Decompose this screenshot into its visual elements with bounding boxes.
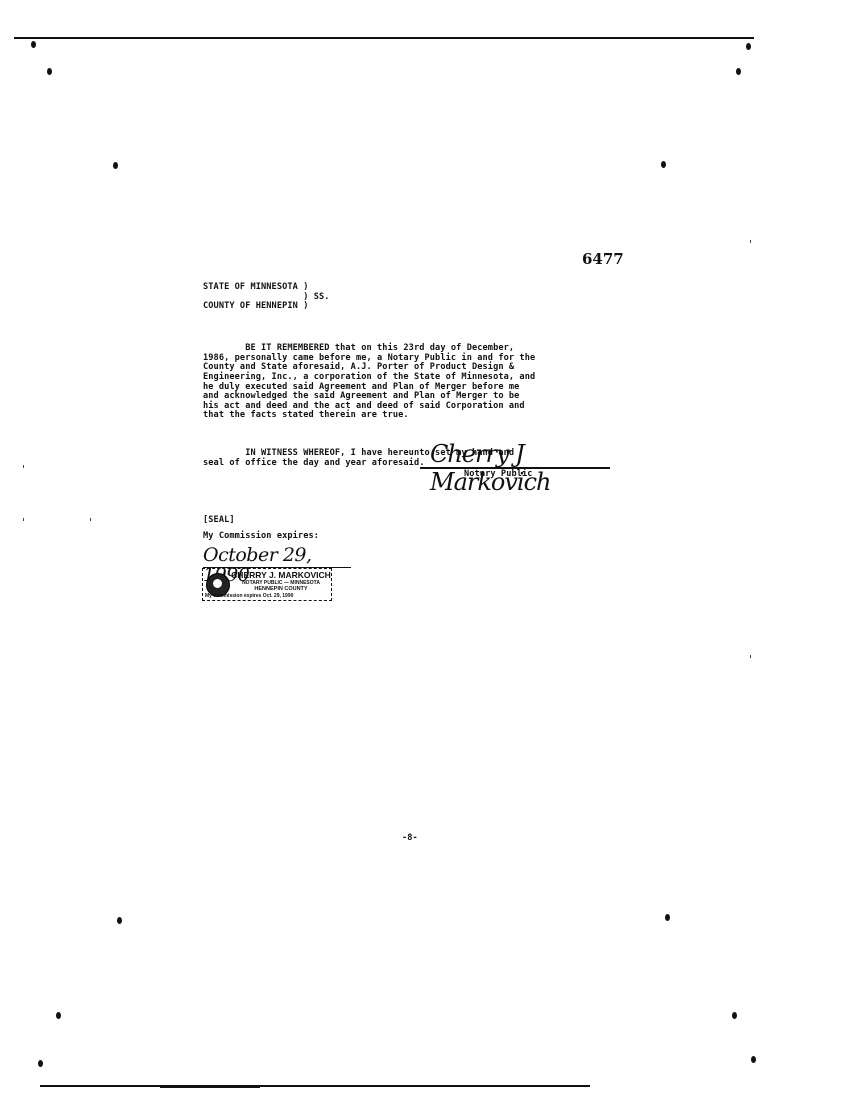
- notary-signature-block: Cherry J Markovich Notary Public: [420, 440, 610, 488]
- seal-label: [SEAL]: [203, 516, 235, 526]
- venue-caption: STATE OF MINNESOTA ) ) SS.COUNTY OF HENN…: [203, 283, 330, 312]
- punch-hole: [746, 43, 751, 50]
- top-scan-border: [14, 37, 754, 39]
- signature-title: Notary Public: [464, 470, 533, 480]
- scan-speck: [23, 518, 24, 521]
- punch-hole: [56, 1012, 61, 1019]
- scan-speck: [750, 240, 751, 243]
- scan-speck: [750, 655, 751, 658]
- punch-hole: [661, 161, 666, 168]
- stamp-expiration: My commission expires Oct. 29, 1990: [205, 593, 293, 599]
- punch-hole: [117, 917, 122, 924]
- scan-speck: [23, 465, 24, 468]
- county-line: COUNTY OF HENNEPIN ): [203, 302, 330, 312]
- punch-hole: [47, 68, 52, 75]
- bottom-scan-border-thick: [160, 1085, 260, 1088]
- punch-hole: [732, 1012, 737, 1019]
- document-stamp-number: 6477: [582, 250, 624, 268]
- punch-hole: [38, 1060, 43, 1067]
- commission-date-handwritten: October 29, 1990: [203, 545, 351, 568]
- punch-hole: [113, 162, 118, 169]
- acknowledgment-paragraph: BE IT REMEMBERED that on this 23rd day o…: [203, 344, 623, 421]
- punch-hole: [736, 68, 741, 75]
- scan-speck: [90, 518, 91, 521]
- punch-hole: [751, 1056, 756, 1063]
- stamp-notary-name: CHERRY J. MARKOVICH: [231, 571, 331, 580]
- punch-hole: [31, 41, 36, 48]
- notary-stamp: CHERRY J. MARKOVICH NOTARY PUBLIC — MINN…: [202, 568, 332, 601]
- stamp-notary-county: HENNEPIN COUNTY: [231, 586, 331, 592]
- page-number: -8-: [402, 834, 418, 844]
- punch-hole: [665, 914, 670, 921]
- commission-label: My Commission expires:: [203, 532, 319, 542]
- scanned-page: 6477 STATE OF MINNESOTA ) ) SS.COUNTY OF…: [0, 0, 843, 1102]
- bottom-scan-border: [40, 1085, 590, 1087]
